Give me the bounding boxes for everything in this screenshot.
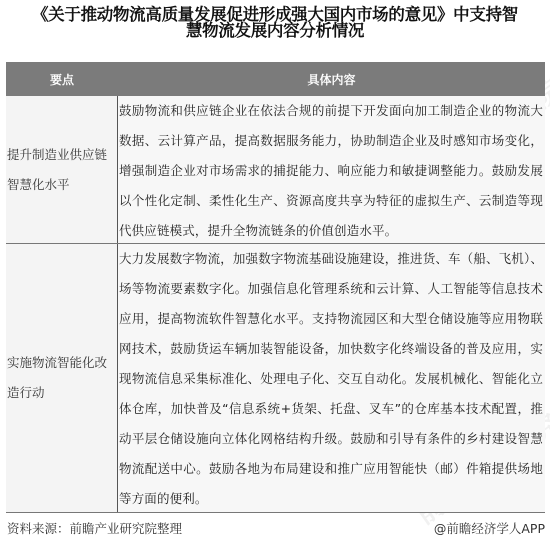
row-point-cell: 实施物流智能化改造行动 bbox=[6, 244, 118, 512]
table-header: 要点 具体内容 bbox=[6, 62, 545, 96]
credit-text: @前瞻经济学人APP bbox=[434, 519, 545, 537]
row-content-cell: 鼓励物流和供应链企业在依法合规的前提下开发面向加工制造企业的物流大数据、云计算产… bbox=[118, 96, 545, 243]
footer: 资料来源：前瞻产业研究院整理 @前瞻经济学人APP bbox=[7, 519, 545, 537]
page-title: 《关于推动物流高质量发展促进形成强大国内市场的意见》中支持智 慧物流发展内容分析… bbox=[0, 7, 550, 39]
content-table: 要点 具体内容 提升制造业供应链智慧化水平 鼓励物流和供应链企业在依法合规的前提… bbox=[6, 62, 545, 513]
row-point-text: 提升制造业供应链智慧化水平 bbox=[7, 140, 117, 200]
table-row: 实施物流智能化改造行动 大力发展数字物流，加强数字物流基础设施建设，推进货、车（… bbox=[6, 244, 545, 513]
source-note: 资料来源：前瞻产业研究院整理 bbox=[7, 519, 182, 537]
column-header-content: 具体内容 bbox=[118, 71, 545, 88]
row-point-text: 实施物流智能化改造行动 bbox=[7, 348, 117, 408]
table-row: 提升制造业供应链智慧化水平 鼓励物流和供应链企业在依法合规的前提下开发面向加工制… bbox=[6, 96, 545, 244]
title-line-2: 慧物流发展内容分析情况 bbox=[0, 23, 550, 39]
row-content-cell: 大力发展数字物流，加强数字物流基础设施建设，推进货、车（船、飞机）、场等物流要素… bbox=[118, 244, 545, 512]
row-point-cell: 提升制造业供应链智慧化水平 bbox=[6, 96, 118, 243]
column-header-point: 要点 bbox=[6, 71, 118, 88]
